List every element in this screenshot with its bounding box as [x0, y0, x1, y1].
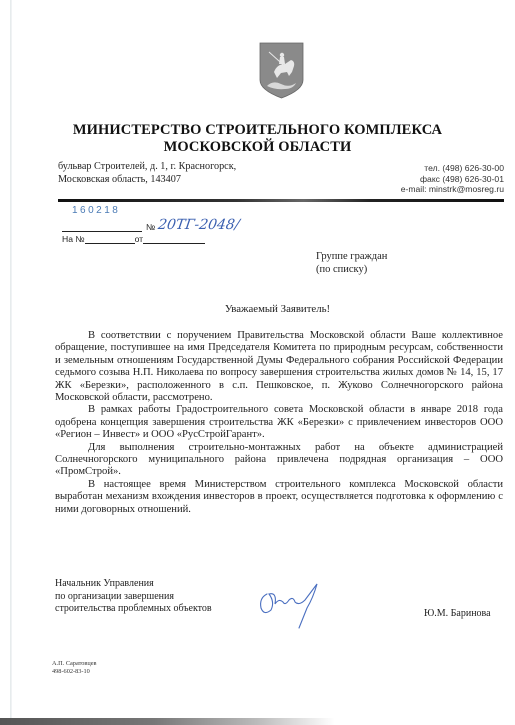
fax: факс (498) 626-30-01 — [401, 174, 504, 185]
signer-name: Ю.М. Баринова — [424, 608, 491, 619]
handwritten-signature-icon — [255, 580, 335, 630]
date-stamp: 160218 — [72, 205, 120, 216]
coat-of-arms-icon — [259, 42, 304, 99]
ministry-title-line2: МОСКОВСКОЙ ОБЛАСТИ — [0, 139, 515, 156]
ministry-title: МИНИСТЕРСТВО СТРОИТЕЛЬНОГО КОМПЛЕКСА МОС… — [0, 122, 515, 156]
number-label: № — [146, 222, 155, 232]
recipient-block: Группе граждан (по списку) — [316, 250, 387, 276]
phone: тел. (498) 626-30-00 — [401, 163, 504, 174]
from-label: от — [135, 234, 144, 244]
scan-page-edge — [10, 0, 12, 725]
recipient-line1: Группе граждан — [316, 250, 387, 263]
position-line1: Начальник Управления — [55, 578, 212, 591]
ministry-contacts: тел. (498) 626-30-00 факс (498) 626-30-0… — [401, 163, 504, 195]
recipient-line2: (по списку) — [316, 263, 387, 276]
executor-info: А.П. Саратовцев 498-602-83-10 — [52, 660, 97, 676]
letter-body: В соответствии с поручением Правительств… — [55, 330, 503, 516]
executor-name: А.П. Саратовцев — [52, 660, 97, 668]
executor-phone: 498-602-83-10 — [52, 668, 97, 676]
body-paragraph: В соответствии с поручением Правительств… — [55, 330, 503, 404]
reply-to-line: На № от — [62, 234, 205, 244]
address-line2: Московская область, 143407 — [58, 174, 236, 187]
position-line2: по организации завершения — [55, 591, 212, 604]
body-paragraph: Для выполнения строительно-монтажных раб… — [55, 442, 503, 479]
outgoing-number-line: № 20ТГ-2048/ — [62, 218, 240, 232]
scan-bottom-shadow — [0, 718, 515, 725]
ministry-title-line1: МИНИСТЕРСТВО СТРОИТЕЛЬНОГО КОМПЛЕКСА — [0, 122, 515, 139]
salutation: Уважаемый Заявитель! — [0, 303, 515, 315]
reply-date-blank — [143, 234, 205, 244]
body-paragraph: В настоящее время Министерством строител… — [55, 479, 503, 516]
position-line3: строительства проблемных объектов — [55, 603, 212, 616]
letterhead-divider — [58, 199, 504, 202]
signer-position: Начальник Управления по организации заве… — [55, 578, 212, 616]
reply-number-blank — [85, 234, 135, 244]
handwritten-number: 20ТГ-2048/ — [157, 218, 240, 232]
ministry-address: бульвар Строителей, д. 1, г. Красногорск… — [58, 161, 236, 186]
address-line1: бульвар Строителей, д. 1, г. Красногорск… — [58, 161, 236, 174]
body-paragraph: В рамках работы Градостроительного совет… — [55, 404, 503, 441]
email: e-mail: minstrk@mosreg.ru — [401, 184, 504, 195]
reply-to-label: На № — [62, 234, 85, 244]
date-blank — [62, 222, 142, 232]
